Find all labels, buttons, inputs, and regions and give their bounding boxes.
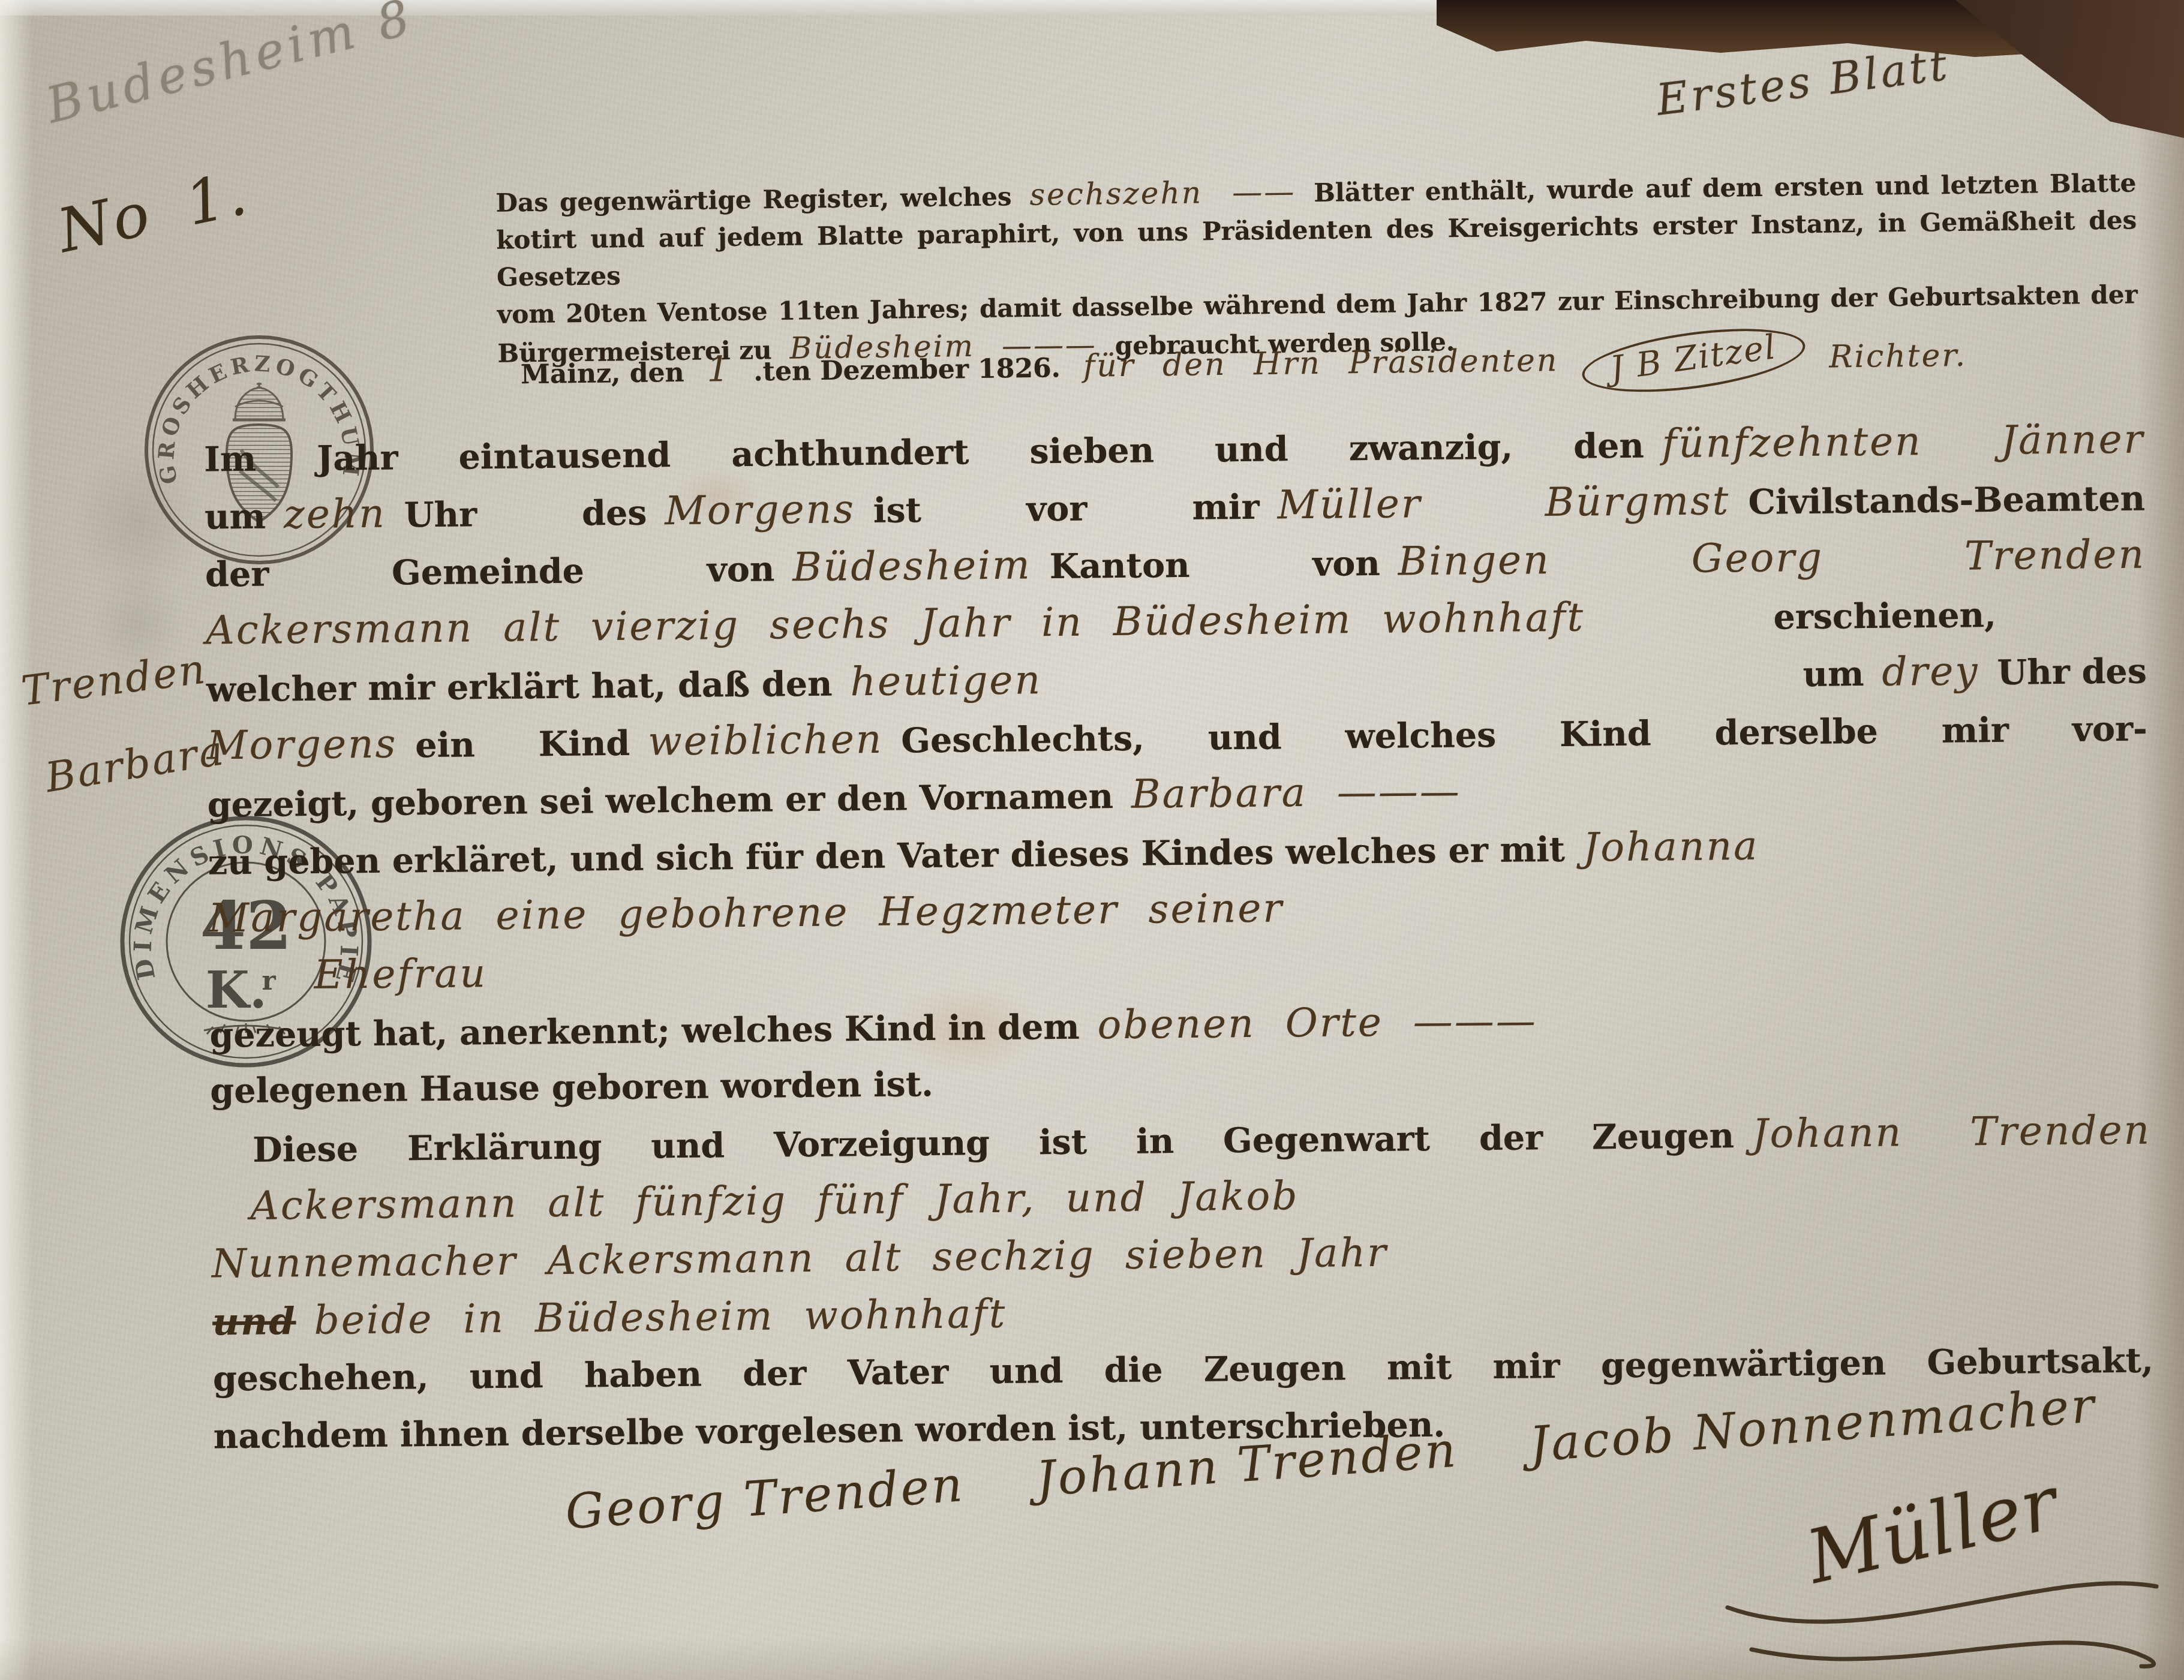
handwritten-text: Johanna: [1583, 823, 1759, 871]
birth-act-text: Im Jahr eintausend achthundert sieben un…: [204, 411, 2154, 1466]
printed-text: Civilstands-Beamten: [1748, 479, 2145, 522]
handwritten-text: und: [212, 1299, 296, 1344]
dateline-title: Richter.: [1829, 338, 1967, 375]
dateline-date: .ten Dezember 1826.: [753, 353, 1061, 387]
margin-surname: Trenden: [19, 645, 209, 715]
dateline-day: 1: [707, 348, 731, 389]
handwritten-text: fünfzehnten Jänner: [1662, 416, 2144, 467]
handwritten-text: Müller Bürgmst: [1277, 477, 1731, 528]
page-top-edge: [0, 0, 1482, 16]
printed-text: gelegenen Hause geboren worden ist.: [210, 1064, 933, 1111]
handwritten-text: Barbara ———: [1131, 768, 1462, 817]
printed-text: um: [205, 497, 266, 537]
scanned-register-page: Budesheim 8 Erstes Blatt No 1. Trenden B…: [0, 0, 2184, 1680]
handwritten-text: Margaretha eine gebohrene Hegzmeter sein…: [208, 885, 1284, 941]
margin-givenname: Barbara: [43, 727, 229, 802]
handwritten-text: Ehefrau: [314, 950, 487, 998]
record-number: No 1.: [52, 158, 254, 266]
printed-text: der Gemeinde von: [205, 549, 775, 594]
printed-text: Blätter enthält, wurde auf dem ersten un…: [1314, 168, 2137, 208]
printed-text: Geschlechts, und welches Kind derselbe m…: [901, 708, 2147, 761]
printed-text: um: [1803, 645, 1864, 704]
handwritten-text: Morgens: [206, 720, 397, 768]
handwritten-text: Büdesheim: [792, 542, 1032, 590]
signature-flourish: [1710, 1559, 2177, 1679]
handwritten-text: drey: [1882, 642, 1979, 701]
printed-text: ist vor mir: [873, 487, 1260, 531]
printed-text: Diese Erklärung und Vorzeigung ist in Ge…: [253, 1116, 1734, 1170]
printed-text: welcher mir erklärt hat, daß den: [206, 656, 832, 719]
printed-text: Das gegenwärtige Register, welches: [495, 182, 1012, 218]
printed-text: gezeigt, geboren sei welchem er den Vorn…: [207, 776, 1113, 825]
printed-text: erschienen,: [1773, 587, 1996, 647]
printed-text: Im Jahr eintausend achthundert sieben un…: [204, 426, 1644, 480]
handwritten-text: heutigen: [850, 651, 1042, 711]
pencil-annotation: Budesheim 8: [41, 0, 420, 135]
handwritten-text: sechszehn ——: [1029, 174, 1296, 212]
printed-text: Uhr des: [404, 492, 647, 535]
handwritten-text: obenen Orte ———: [1097, 997, 1537, 1048]
printed-text: geschehen, und haben der Vater und die Z…: [213, 1340, 2153, 1399]
printed-text: Uhr des: [1997, 642, 2147, 701]
president-signature: J B Zitzel: [1579, 318, 1809, 403]
handwritten-text: zehn: [284, 491, 387, 538]
printed-text: gezeugt hat, anerkennt; welches Kind in …: [209, 1007, 1080, 1056]
handwritten-text: beide in Büdesheim wohnhaft: [314, 1291, 1007, 1344]
handwritten-text: Bingen Georg Trenden: [1398, 531, 2146, 585]
printed-text: Kanton von: [1049, 543, 1380, 587]
page-label-erstes-blatt: Erstes Blatt: [1654, 39, 1953, 125]
handwritten-text: Johann Trenden: [1752, 1107, 2152, 1156]
page-left-edge: [0, 0, 33, 1680]
crown-icon: [233, 383, 286, 420]
witness-signature: Georg Trenden: [564, 1456, 967, 1540]
dateline-deputy-note: für den Hrn Präsidenten: [1083, 342, 1559, 384]
handwritten-text: weiblichen: [648, 716, 884, 765]
handwritten-text: Morgens: [665, 486, 855, 534]
printed-text: ein Kind: [415, 723, 630, 765]
printed-text: zu geben erkläret, und sich für den Vate…: [208, 830, 1565, 883]
handwritten-text: Ackersmann alt fünfzig fünf Jahr, und Ja…: [250, 1173, 1299, 1229]
dateline-place: Mainz, den: [521, 357, 684, 390]
handwritten-text: Nunnemacher Ackersmann alt sechzig siebe…: [212, 1230, 1388, 1287]
